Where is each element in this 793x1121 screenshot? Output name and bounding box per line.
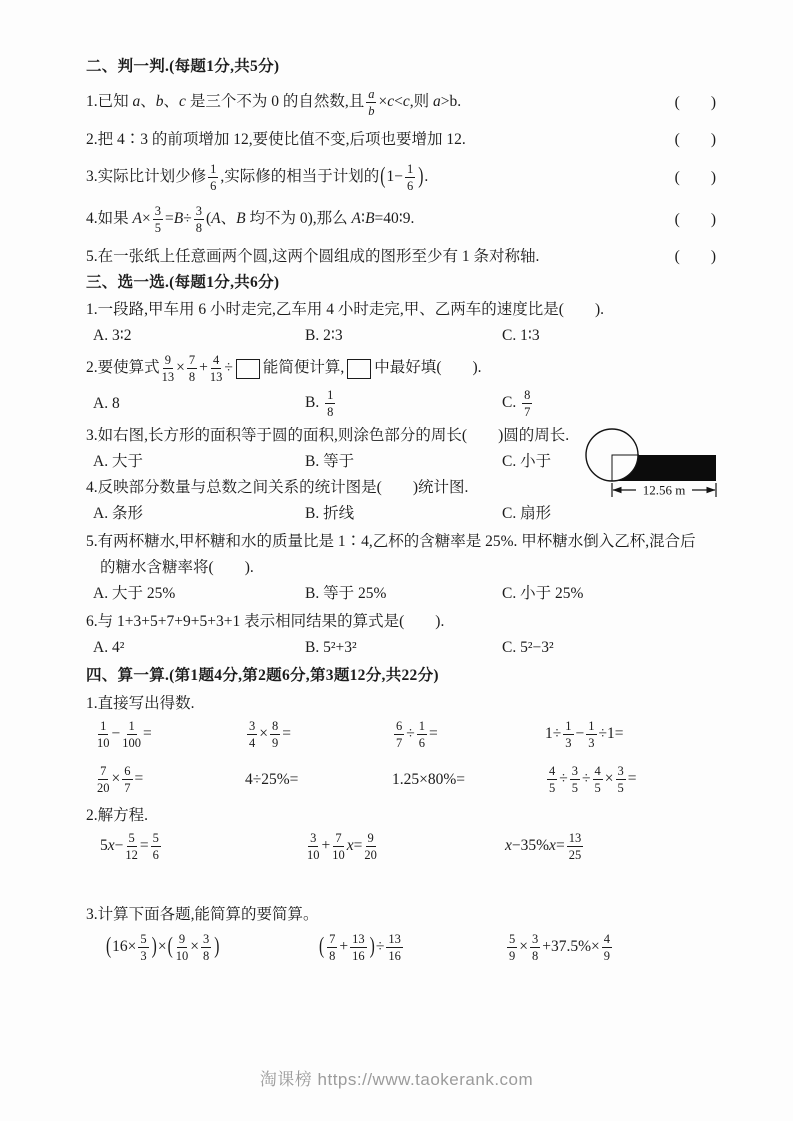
option-a: A. 大于 25% (93, 583, 305, 605)
calc-item: 1÷13−13÷1= (545, 719, 716, 750)
calc-sub1-label: 1.直接写出得数. (86, 693, 716, 715)
calc-item: 45÷35÷45×35= (545, 764, 716, 795)
judge-item: 5.在一张纸上任意画两个圆,这两个圆组成的图形至少有 1 条对称轴. ( ) (86, 246, 716, 268)
calc-item: 720×67= (95, 764, 245, 795)
expression-item: (78+1316)÷1316 (318, 932, 505, 963)
section-calc-heading: 四、算一算.(第1题4分,第2题6分,第3题12分,共22分) (86, 665, 716, 687)
answer-blank: ( ) (675, 167, 716, 189)
option-c: C. 1∶3 (502, 325, 716, 347)
calc-item: 1.25×80%= (392, 769, 545, 791)
calc-item: 110−1100= (95, 719, 245, 750)
judge-question-3: 3.实际比计划少修16,实际修的相当于计划的(1−16). (86, 162, 667, 193)
option-b: B. 折线 (305, 503, 502, 525)
expression-item: 59×38+37.5%×49 (505, 932, 716, 963)
answer-blank: ( ) (675, 92, 716, 114)
judge-question-1: 1.已知 a、b、c 是三个不为 0 的自然数,且ab×c<c,则 a>b. (86, 87, 667, 118)
arrowhead-left-icon (613, 487, 622, 494)
choice-options-1: A. 3∶2 B. 2∶3 C. 1∶3 (86, 325, 716, 347)
section-judge-heading: 二、判一判.(每题1分,共5分) (86, 56, 716, 78)
judge-question-2: 2.把 4∶3 的前项增加 12,要使比值不变,后项也要增加 12. (86, 129, 667, 151)
calc-sub3-label: 3.计算下面各题,能简算的要简算。 (86, 904, 716, 926)
option-a: A. 条形 (93, 503, 305, 525)
option-c: C. 小于 25% (502, 583, 716, 605)
choice-options-2: A. 8 B. 18 C. 87 (86, 388, 716, 419)
answer-blank: ( ) (675, 129, 716, 151)
section-choice-heading: 三、选一选.(每题1分,共6分) (86, 272, 716, 294)
dimension-label: 12.56 m (643, 483, 686, 498)
option-b: B. 等于 (305, 451, 502, 473)
equation-row: 5x−512=56 310+710x=920 x−35%x=1325 (86, 831, 716, 862)
arrowhead-right-icon (707, 487, 716, 494)
option-c: C. 87 (502, 388, 716, 419)
choice-question-5-line2: 的糖水含糖率将( ). (86, 557, 716, 579)
calc-item: 34×89= (245, 719, 392, 750)
judge-question-5: 5.在一张纸上任意画两个圆,这两个圆组成的图形至少有 1 条对称轴. (86, 246, 667, 268)
judge-question-4: 4.如果 A×35=B÷38(A、B 均不为 0),那么 A∶B=40∶9. (86, 204, 667, 235)
choice-question-1: 1.一段路,甲车用 6 小时走完,乙车用 4 小时走完,甲、乙两车的速度比是( … (86, 299, 716, 321)
direct-calc-row-2: 720×67= 4÷25%= 1.25×80%= 45÷35÷45×35= (86, 764, 716, 795)
calc-sub2-label: 2.解方程. (86, 805, 716, 827)
choice-question-2: 2.要使算式913×78+413÷能简便计算,中最好填( ). (86, 353, 716, 384)
calc-item: 67÷16= (392, 719, 545, 750)
answer-blank: ( ) (675, 209, 716, 231)
exam-content: 二、判一判.(每题1分,共5分) 1.已知 a、b、c 是三个不为 0 的自然数… (86, 56, 716, 963)
judge-item: 3.实际比计划少修16,实际修的相当于计划的(1−16). ( ) (86, 162, 716, 193)
option-a: A. 大于 (93, 451, 305, 473)
expression-item: (16×53)×(910×38) (105, 932, 318, 963)
choice-options-5: A. 大于 25% B. 等于 25% C. 小于 25% (86, 583, 716, 605)
equation-item: x−35%x=1325 (505, 831, 716, 862)
circle-rectangle-figure: 12.56 m (583, 427, 721, 508)
judge-item: 1.已知 a、b、c 是三个不为 0 的自然数,且ab×c<c,则 a>b. (… (86, 87, 716, 118)
direct-calc-row-1: 110−1100= 34×89= 67÷16= 1÷13−13÷1= (86, 719, 716, 750)
option-a: A. 8 (93, 393, 305, 415)
choice-options-6: A. 4² B. 5²+3² C. 5²−3² (86, 637, 716, 659)
option-b: B. 18 (305, 388, 502, 419)
option-a: A. 3∶2 (93, 325, 305, 347)
option-c: C. 5²−3² (502, 637, 716, 659)
figure-svg: 12.56 m (583, 427, 721, 501)
option-b: B. 2∶3 (305, 325, 502, 347)
answer-blank: ( ) (675, 246, 716, 268)
equation-item: 5x−512=56 (100, 831, 305, 862)
equation-item: 310+710x=920 (305, 831, 505, 862)
judge-item: 4.如果 A×35=B÷38(A、B 均不为 0),那么 A∶B=40∶9. (… (86, 204, 716, 235)
expression-row: (16×53)×(910×38) (78+1316)÷1316 59×38+37… (86, 932, 716, 963)
watermark-footer: 淘课榜 https://www.taokerank.com (0, 1068, 793, 1092)
exam-page: 二、判一判.(每题1分,共5分) 1.已知 a、b、c 是三个不为 0 的自然数… (0, 0, 793, 1121)
option-b: B. 等于 25% (305, 583, 502, 605)
judge-item: 2.把 4∶3 的前项增加 12,要使比值不变,后项也要增加 12. ( ) (86, 129, 716, 151)
option-b: B. 5²+3² (305, 637, 502, 659)
option-a: A. 4² (93, 637, 305, 659)
choice-question-6: 6.与 1+3+5+7+9+5+3+1 表示相同结果的算式是( ). (86, 611, 716, 633)
calc-item: 4÷25%= (245, 769, 392, 791)
choice-question-5-line1: 5.有两杯糖水,甲杯糖和水的质量比是 1∶4,乙杯的含糖率是 25%. 甲杯糖水… (86, 531, 716, 553)
